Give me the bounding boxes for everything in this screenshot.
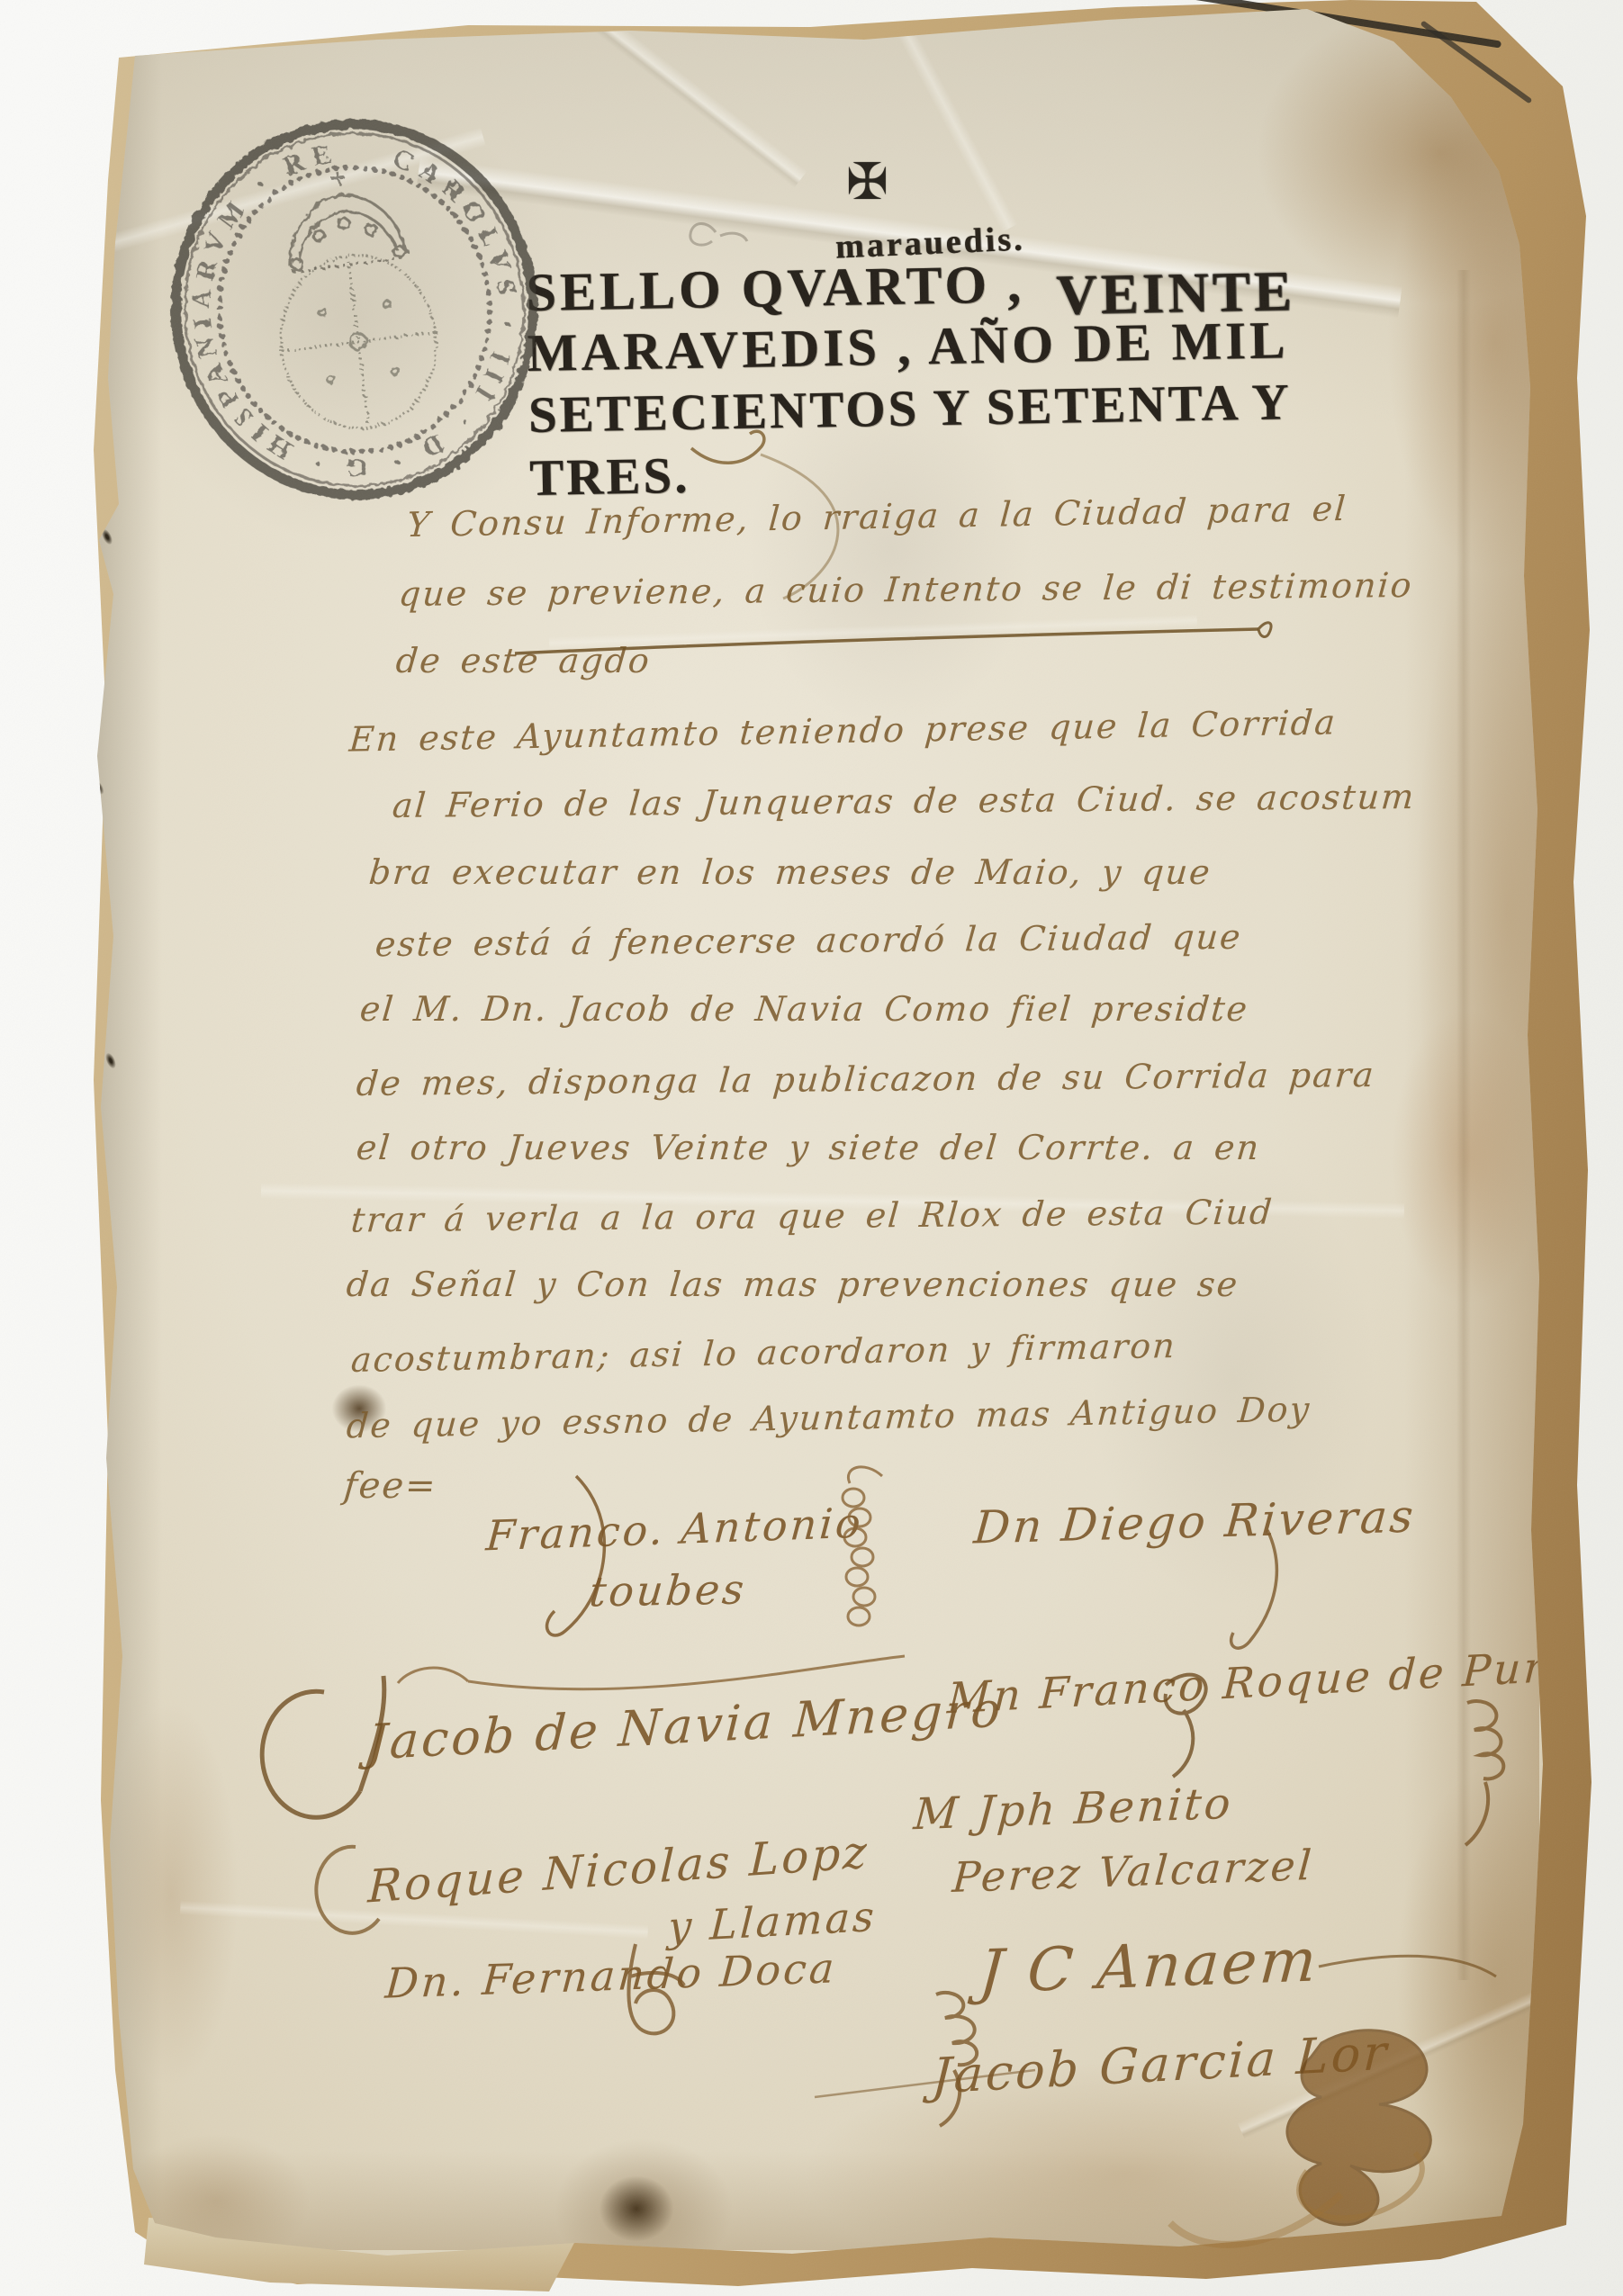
manuscript-line: bra executar en los meses de Maio, y que xyxy=(367,852,1213,892)
stain-bottom-center-halo xyxy=(554,2138,734,2282)
stain-right-mid xyxy=(1391,1008,1544,1305)
sheet-top-shade xyxy=(0,0,1623,504)
seal-ring-text: CAROLVS · III · D · G · HISPANIARVM · RE… xyxy=(128,74,542,508)
signature-roque-de-puro: Mn Franco Roque de Puro xyxy=(946,1642,1576,1724)
stain-left-low xyxy=(104,1701,239,2088)
top-right-tear-shadow xyxy=(1420,20,1533,104)
manuscript-line: Y Consu Informe, lo rraiga a la Ciudad p… xyxy=(406,489,1348,545)
revenue-denomination: marauedis. xyxy=(834,219,1025,266)
stitch-hole xyxy=(100,527,114,545)
print-heading-line-1a: SELLO QVARTO , xyxy=(526,254,1025,322)
manuscript-line: de mes, disponga la publicazon de su Cor… xyxy=(355,1055,1376,1103)
signature-jacob-de-navia-monegro: Jacob de Navia Mnegro xyxy=(366,1680,1005,1770)
stain-mid-right-gray xyxy=(1089,1143,1377,1611)
under-sheets-edge xyxy=(0,0,1623,2296)
manuscript-line: fee= xyxy=(342,1465,439,1507)
sheet-left-edge-shade xyxy=(90,36,162,2232)
crease-upper-vertical xyxy=(845,0,1017,232)
signature-jph-benito: M Jph Benito xyxy=(912,1778,1234,1841)
print-heading-line-1: SELLO QVARTO , VEINTE xyxy=(526,246,1281,325)
ink-blot-line9 xyxy=(329,1382,389,1435)
stain-right-band xyxy=(1418,504,1598,1314)
print-heading-line-2: MARAVEDIS , AÑO DE MIL xyxy=(527,309,1289,384)
manuscript-line: que se previene, a cuio Intento se le di… xyxy=(397,565,1414,614)
signature-llamas: y Llamas xyxy=(667,1892,878,1951)
paper-grain xyxy=(0,0,1623,2296)
crease-seal-corner xyxy=(108,127,485,253)
manuscript-line: al Ferio de las Junqueras de esta Ciud. … xyxy=(391,777,1417,825)
ink-rule xyxy=(515,629,1258,653)
scanned-document-canvas: ✠ marauedis. SELLO QVARTO , VEINTE MARAV… xyxy=(0,0,1623,2296)
ink-blot-flourish xyxy=(1287,2030,1430,2225)
svg-text:CAROLVS · III · D · G · HISPAN: CAROLVS · III · D · G · HISPANIARVM · RE… xyxy=(128,74,542,508)
top-edge-shadow xyxy=(1141,0,1501,49)
crease-mid-horizontal xyxy=(261,1183,1404,1219)
manuscript-line: de este agdo xyxy=(394,641,653,680)
stain-bottom-center-spot xyxy=(598,2174,675,2243)
signature-toubes: toubes xyxy=(588,1564,749,1616)
manuscript-line: este está á fenecerse acordó la Ciudad q… xyxy=(374,917,1243,964)
manuscript-line: En este Ayuntamto teniendo prese que la … xyxy=(348,702,1339,759)
ink-flourishes xyxy=(0,0,1623,2296)
stitch-hole xyxy=(90,778,105,796)
signature-francisco-antonio: Franco. Antonio xyxy=(484,1499,864,1561)
stain-right-low xyxy=(1395,1764,1593,2196)
crease-faint-center xyxy=(549,614,1197,649)
stain-seal-aura xyxy=(131,99,572,540)
signature-diego-riveras: Dn Diego Riveras xyxy=(972,1490,1418,1554)
print-heading-line-3: SETECIENTOS Y SETENTA Y xyxy=(527,373,1292,445)
bottom-left-leaf xyxy=(144,2212,585,2295)
manuscript-line: acostumbran; asi lo acordaron y firmaron xyxy=(350,1326,1178,1380)
stain-top-right-band xyxy=(1386,108,1602,576)
signature-perez-valcarzel: Perez Valcarzel xyxy=(951,1841,1315,1902)
manuscript-line: da Señal y Con las mas prevenciones que … xyxy=(345,1265,1240,1304)
print-heading-line-4: TRES. xyxy=(529,446,690,508)
signature-anaem: J C Anaem xyxy=(977,1925,1321,2006)
manuscript-line: de que yo essno de Ayuntamto mas Antiguo… xyxy=(346,1390,1312,1446)
print-heading-line-1b: VEINTE xyxy=(1056,258,1296,329)
crease-lower-horizontal xyxy=(180,1900,648,1939)
stitch-hole xyxy=(89,1294,104,1312)
stain-bottom-wide xyxy=(801,2061,1449,2286)
signature-fernando-doca: Dn. Fernando Doca xyxy=(383,1943,838,2008)
seal-stamp: CAROLVS · III · D · G · HISPANIARVM · RE… xyxy=(128,74,581,534)
cross-pattee-icon: ✠ xyxy=(846,153,888,212)
sheet-right-edge-shade xyxy=(1404,54,1539,2232)
stain-center-gray xyxy=(747,369,1035,729)
stain-top-right-corner xyxy=(1256,0,1623,306)
crease-bottom-right xyxy=(1238,1965,1599,2138)
stitch-hole xyxy=(104,1051,118,1069)
crease-top-left xyxy=(489,0,807,188)
signature-jacob-garcia: Jacob Garcia Lor xyxy=(931,2024,1391,2105)
crease-right-vertical-fold xyxy=(1456,270,1471,1980)
paper-sheet: ✠ marauedis. SELLO QVARTO , VEINTE MARAV… xyxy=(0,0,1623,2296)
stain-bottom-left-edge xyxy=(122,2133,311,2268)
signature-roque-nicolas-lopez: Roque Nicolas Lopz xyxy=(367,1825,870,1913)
manuscript-line: el M. Dn. Jacob de Navia Como fiel presi… xyxy=(358,989,1250,1029)
sheet-bottom-edge-shade xyxy=(117,2151,1530,2250)
manuscript-line: el otro Jueves Veinte y siete del Corrte… xyxy=(355,1128,1262,1167)
crease-main-diagonal xyxy=(416,157,1402,318)
manuscript-line: trar á verla a la ora que el Rlox de est… xyxy=(349,1193,1275,1240)
